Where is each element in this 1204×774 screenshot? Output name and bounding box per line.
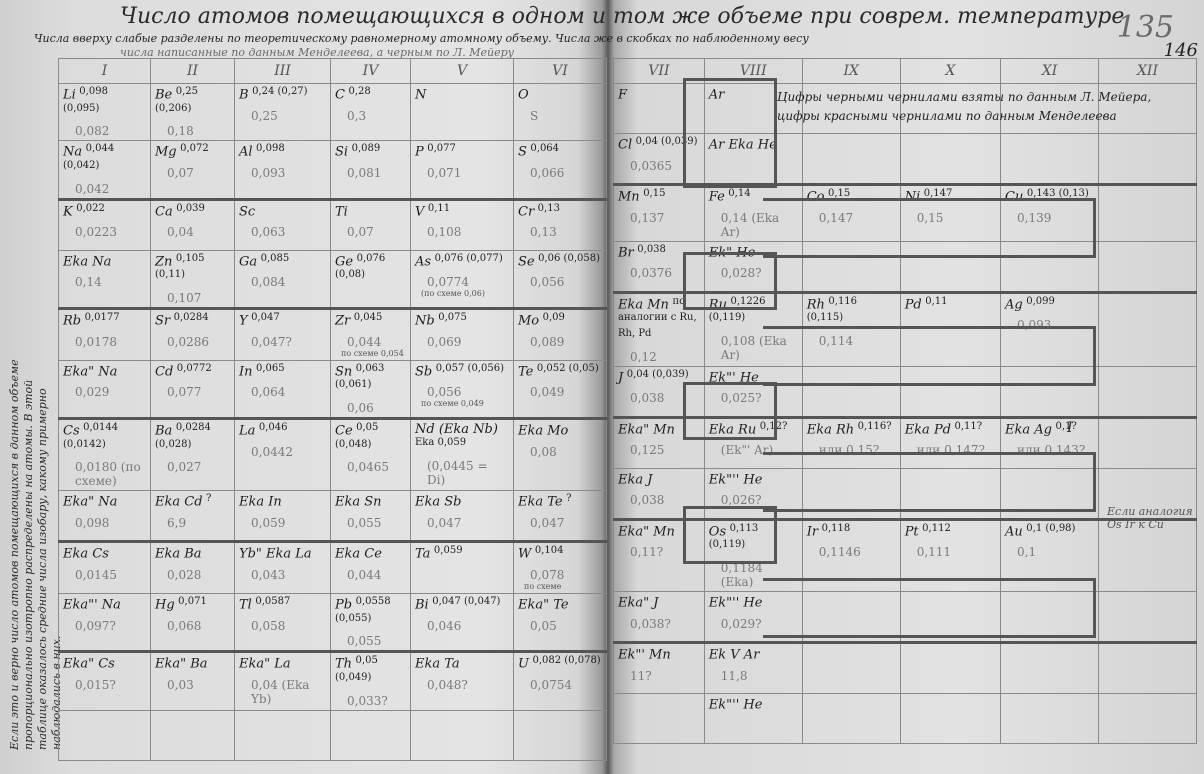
atom-count-alt-value: 0,15 xyxy=(905,211,996,225)
atom-count-alt-value: 0,042 xyxy=(63,182,146,196)
atom-count-alt-value: 0,047? xyxy=(239,335,326,349)
atom-count-value: 0,071 xyxy=(178,596,207,607)
atom-count-alt-value: 0,044 xyxy=(335,568,406,582)
element-cell: P 0,0770,071 xyxy=(411,141,514,199)
atom-count-alt-value: (Ek"' Ar) xyxy=(709,443,798,457)
element-cell: O S xyxy=(514,84,607,141)
element-cell xyxy=(614,693,705,743)
element-symbol: Eka"' Na xyxy=(63,598,121,613)
element-symbol: Be xyxy=(155,88,172,103)
element-symbol: Ca xyxy=(155,204,173,219)
element-symbol: Eka" Na xyxy=(63,364,117,379)
element-cell xyxy=(1098,366,1196,417)
element-cell: B 0,24 (0,27)0,25 xyxy=(235,84,331,141)
element-cell: Mn 0,150,137 xyxy=(614,185,705,242)
element-cell xyxy=(235,710,331,760)
atom-count-alt-value: или 0,147? xyxy=(905,443,996,457)
element-cell: Eka Sb 0,047 xyxy=(411,491,514,542)
element-symbol: Eka Mn xyxy=(618,297,669,312)
element-symbol: Eka Sb xyxy=(415,495,461,510)
element-cell: Zr 0,0450,044по схеме 0,054 xyxy=(331,308,411,360)
group-header: V xyxy=(411,59,514,84)
atom-count-value: 0,022 xyxy=(76,203,105,214)
element-cell xyxy=(802,693,900,743)
atom-count-alt-value: 0,047 xyxy=(415,516,509,530)
atom-count-value: 0,118 xyxy=(822,523,851,534)
table-row: Eka" Na 0,098Eka Cd ?6,9Eka In 0,059Eka … xyxy=(59,491,607,542)
group-header: IV xyxy=(331,59,411,84)
cell-note: по схеме 0,049 xyxy=(415,399,509,408)
atom-count-value: 0,143 (0,13) xyxy=(1027,188,1089,199)
element-symbol: Y xyxy=(239,314,248,329)
element-symbol: Cl xyxy=(618,138,632,153)
element-symbol: Cu xyxy=(1005,190,1023,205)
table-row: Eka" Na 0,029Cd 0,07720,077In 0,0650,064… xyxy=(59,360,607,418)
left-table-body: Li 0,098 (0,095)0,082Be 0,25 (0,206)0,18… xyxy=(59,84,607,761)
element-cell: N xyxy=(411,84,514,141)
atom-count-value: 0,112 xyxy=(922,523,951,534)
element-symbol: Ce xyxy=(335,424,353,439)
element-symbol: F xyxy=(618,88,627,103)
element-cell xyxy=(514,710,607,760)
element-symbol: Br xyxy=(618,245,634,260)
element-cell: Eka" Na 0,029 xyxy=(59,360,151,418)
element-cell: Pt 0,1120,111 xyxy=(900,519,1000,591)
atom-count-alt-value: 0,0145 xyxy=(63,568,146,582)
element-cell: W 0,1040,078по схеме xyxy=(514,542,607,594)
left-element-table: I II III IV V VI Li 0,098 (0,095)0,082Be… xyxy=(58,58,607,761)
element-cell: La 0,0460,0442 xyxy=(235,418,331,490)
element-cell: Nb 0,0750,069 xyxy=(411,308,514,360)
element-symbol: Sb xyxy=(415,364,432,379)
element-cell xyxy=(1001,366,1099,417)
atom-count-alt-value: 0,114 xyxy=(807,334,896,348)
table-row: J 0,04 (0,039)0,038Ek"' He 0,025? xyxy=(614,366,1197,417)
atom-count-alt-value: 0,125 xyxy=(618,443,700,457)
atom-count-value: 0,12? xyxy=(760,421,788,432)
element-symbol: C xyxy=(335,88,345,103)
atom-count-value: 0,059 xyxy=(434,545,463,556)
atom-count-alt-value: 0,047 xyxy=(518,516,602,530)
element-symbol: B xyxy=(239,88,249,103)
atom-count-alt-value: 0,025? xyxy=(709,391,798,405)
atom-count-alt-value: 0,049 xyxy=(518,385,602,399)
element-cell: Eka" La 0,04 (Eka Yb) xyxy=(235,652,331,710)
element-cell: Ag 0,0990,093 xyxy=(1001,292,1099,366)
element-cell: Ba 0,0284 (0,028)0,027 xyxy=(151,418,235,490)
element-symbol: Sr xyxy=(155,314,170,329)
atom-count-value: 0,15 xyxy=(643,188,665,199)
atom-count-alt-value: 6,9 xyxy=(155,516,230,530)
element-symbol: Zr xyxy=(335,314,350,329)
element-symbol: In xyxy=(239,364,253,379)
atom-count-alt-value: 0,137 xyxy=(618,211,700,225)
element-cell: Eka Ba 0,028 xyxy=(151,542,235,594)
element-cell xyxy=(900,468,1000,519)
atom-count-alt-value: 0,0178 xyxy=(63,335,146,349)
element-symbol: Ir xyxy=(807,524,818,539)
element-cell: Ek V Ar 11,8 xyxy=(704,642,802,693)
element-symbol: Pt xyxy=(905,524,919,539)
element-cell: Sb 0,057 (0,056)0,056по схеме 0,049 xyxy=(411,360,514,418)
cell-note: по схеме xyxy=(518,582,602,591)
atom-count-alt-value: 0,14 (Eka Ar) xyxy=(709,211,798,239)
group-header: XI xyxy=(1001,59,1099,84)
element-cell xyxy=(1001,693,1099,743)
element-symbol: Mo xyxy=(518,314,539,329)
atom-count-alt-value: 0,13 xyxy=(518,225,602,239)
right-table-body: F Ar Cl 0,04 (0,039)0,0365Ar Eka He Mn 0… xyxy=(614,84,1197,744)
atom-count-alt-value: 0,082 xyxy=(63,124,146,138)
element-cell: K 0,0220,0223 xyxy=(59,199,151,250)
element-symbol: Pd xyxy=(905,297,922,312)
element-symbol: Te xyxy=(518,364,533,379)
element-symbol: Ag xyxy=(1005,297,1023,312)
table-row: Li 0,098 (0,095)0,082Be 0,25 (0,206)0,18… xyxy=(59,84,607,141)
atom-count-value: 0,098 xyxy=(256,143,285,154)
element-cell: Eka" Ba 0,03 xyxy=(151,652,235,710)
group-header: VII xyxy=(614,59,705,84)
element-cell: Eka Pd 0,11?или 0,147? xyxy=(900,417,1000,468)
atom-count-value: 0,064 xyxy=(530,143,559,154)
element-cell: Co 0,150,147 xyxy=(802,185,900,242)
element-cell: Zn 0,105 (0,11)0,107 xyxy=(151,250,235,308)
element-cell xyxy=(900,693,1000,743)
element-cell: Eka" Cs 0,015? xyxy=(59,652,151,710)
element-cell: Ek" He 0,028? xyxy=(704,241,802,292)
element-symbol: Na xyxy=(63,145,82,160)
atom-count-value: 0,085 xyxy=(261,253,290,264)
stray-mark: I xyxy=(1067,420,1073,436)
atom-count-alt-value: 0,043 xyxy=(239,568,326,582)
atom-count-alt-value: 0,093 xyxy=(239,166,326,180)
atom-count-alt-value: 0,063 xyxy=(239,225,326,239)
element-cell: Se 0,06 (0,058)0,056 xyxy=(514,250,607,308)
atom-count-value: ? xyxy=(566,493,571,504)
atom-count-value: 0,04 (0,039) xyxy=(636,136,698,147)
element-symbol: Eka Ag xyxy=(1005,422,1052,437)
table-row: Eka Na 0,14Zn 0,105 (0,11)0,107Ga 0,0850… xyxy=(59,250,607,308)
element-cell: Pb 0,0558 (0,055)0,055 xyxy=(331,593,411,651)
element-symbol: Eka" Mn xyxy=(618,524,675,539)
element-cell: Ca 0,0390,04 xyxy=(151,199,235,250)
atom-count-value: 0,24 (0,27) xyxy=(252,86,308,97)
element-cell: Ir 0,1180,1146 xyxy=(802,519,900,591)
element-cell: Y 0,0470,047? xyxy=(235,308,331,360)
right-page: 135 146 VII VIII IX X XI XII F Ar Cl 0,0… xyxy=(607,0,1204,774)
element-symbol: Ar xyxy=(709,88,725,103)
atom-count-alt-value: 0,038 xyxy=(618,493,700,507)
element-cell xyxy=(1098,185,1196,242)
atom-count-alt-value: 0,0376 xyxy=(618,266,700,280)
group-header: III xyxy=(235,59,331,84)
element-symbol: Yb" Eka La xyxy=(239,547,312,562)
atom-count-alt-value: 0,108 (Eka Ar) xyxy=(709,334,798,362)
element-symbol: Hg xyxy=(155,598,175,613)
group-header: X xyxy=(900,59,1000,84)
element-cell: Th 0,05 (0,049)0,033? xyxy=(331,652,411,710)
element-cell: Eka Na 0,14 xyxy=(59,250,151,308)
atom-count-alt-value: 0,059 xyxy=(239,516,326,530)
notebook-spread: Число атомов помещающихся в одном и том … xyxy=(0,0,1204,774)
element-symbol: Eka Te xyxy=(518,495,563,510)
element-symbol: Rh xyxy=(807,297,825,312)
element-cell: Nd (Eka Nb) Eka 0,059(0,0445 = Di) xyxy=(411,418,514,490)
atom-count-value: ? xyxy=(206,493,211,504)
element-symbol: La xyxy=(239,424,255,439)
element-cell: Si 0,0890,081 xyxy=(331,141,411,199)
element-cell xyxy=(1098,417,1196,468)
element-symbol: Eka Ta xyxy=(415,657,460,672)
atom-count-alt-value: 0,107 xyxy=(155,291,230,305)
element-cell xyxy=(1098,241,1196,292)
element-cell xyxy=(802,366,900,417)
element-cell xyxy=(1001,591,1099,642)
group-header: I xyxy=(59,59,151,84)
element-cell xyxy=(900,642,1000,693)
element-symbol: Eka" Ba xyxy=(155,657,208,672)
element-symbol: Ek"' He xyxy=(709,370,759,385)
atom-count-value: 0,065 xyxy=(256,363,285,374)
atom-count-alt-value: 0,058 xyxy=(239,619,326,633)
element-cell: Ru 0,1226 (0,119)0,108 (Eka Ar) xyxy=(704,292,802,366)
element-cell xyxy=(1001,642,1099,693)
element-symbol: Ga xyxy=(239,254,257,269)
atom-count-value: 0,04 (0,039) xyxy=(627,369,689,380)
atom-count-alt-value: 0,0223 xyxy=(63,225,146,239)
atom-count-alt-value: 0,077 xyxy=(155,385,230,399)
atom-count-value: 0,047 xyxy=(251,312,280,323)
element-cell: Na 0,044 (0,042)0,042 xyxy=(59,141,151,199)
element-cell: Ge 0,076 (0,08) xyxy=(331,250,411,308)
element-cell: Ek"'' He 0,026? xyxy=(704,468,802,519)
element-symbol: Eka" Mn xyxy=(618,422,675,437)
element-symbol: Ek"' Mn xyxy=(618,648,671,663)
element-symbol: Ge xyxy=(335,254,353,269)
element-cell: Mo 0,090,089 xyxy=(514,308,607,360)
atom-count-alt-value: 0,0365 xyxy=(618,159,700,173)
atom-count-alt-value: 0,048? xyxy=(415,678,509,692)
element-symbol: Nd (Eka Nb) xyxy=(415,422,498,437)
element-cell: Eka"' Na 0,097? xyxy=(59,593,151,651)
margin-note-line: таблице оказалось средние числа изобару,… xyxy=(36,388,49,750)
atom-count-alt-value: 0,1146 xyxy=(807,545,896,559)
atom-count-value: 0,14 xyxy=(728,188,750,199)
element-symbol: Pb xyxy=(335,598,352,613)
atom-count-alt-value: 0,0442 xyxy=(239,445,326,459)
element-symbol: Mg xyxy=(155,145,177,160)
legend-note: Цифры черными чернилами взяты по данным … xyxy=(777,88,1177,126)
table-row: Cs 0,0144 (0,0142)0,0180 (по схеме)Ba 0,… xyxy=(59,418,607,490)
element-cell xyxy=(1001,468,1099,519)
element-cell: Ce 0,05 (0,048)0,0465 xyxy=(331,418,411,490)
atom-count-alt-value: 0,07 xyxy=(155,166,230,180)
atom-count-value: 0,082 (0,078) xyxy=(532,655,600,666)
atom-count-value: 0,0284 xyxy=(174,312,209,323)
table-row: K 0,0220,0223Ca 0,0390,04Sc 0,063Ti 0,07… xyxy=(59,199,607,250)
atom-count-alt-value: 0,0465 xyxy=(335,460,406,474)
element-symbol: Fe xyxy=(709,190,725,205)
atom-count-value: 0,15 xyxy=(828,188,850,199)
element-cell: Ti 0,07 xyxy=(331,199,411,250)
element-symbol: Eka Na xyxy=(63,254,111,269)
atom-count-alt-value: 0,046 xyxy=(415,619,509,633)
atom-count-value: Eka 0,059 xyxy=(415,437,466,448)
element-symbol: Ti xyxy=(335,204,348,219)
atom-count-value: 0,0587 xyxy=(255,596,290,607)
element-cell xyxy=(1001,241,1099,292)
atom-count-alt-value: 0,033? xyxy=(335,694,406,708)
atom-count-alt-value: 0,026? xyxy=(709,493,798,507)
atom-count-alt-value: 11? xyxy=(618,669,700,683)
element-symbol: Eka Ba xyxy=(155,547,202,562)
element-cell xyxy=(411,710,514,760)
atom-count-alt-value: 0,11? xyxy=(618,545,700,559)
element-symbol: Cd xyxy=(155,364,173,379)
element-cell xyxy=(802,591,900,642)
atom-count-value: 0,057 (0,056) xyxy=(436,363,504,374)
table-row: Mn 0,150,137Fe 0,140,14 (Eka Ar)Co 0,150… xyxy=(614,185,1197,242)
atom-count-alt-value: 0,04 xyxy=(155,225,230,239)
atom-count-alt-value: 0,1 xyxy=(1005,545,1094,559)
element-cell: Sn 0,063 (0,061)0,06 xyxy=(331,360,411,418)
element-symbol: N xyxy=(415,88,426,103)
atom-count-alt-value: 0,1184 (Eka) xyxy=(709,561,798,589)
element-symbol: Os xyxy=(709,524,726,539)
element-symbol: Eka Cd xyxy=(155,495,203,510)
element-cell xyxy=(1001,134,1099,185)
element-cell: Eka Mn по аналогии с Ru, Rh, Pd0,12 xyxy=(614,292,705,366)
atom-count-value: 0,11 xyxy=(925,296,947,307)
element-symbol: Eka Mo xyxy=(518,424,568,439)
atom-count-alt-value: 0,055 xyxy=(335,516,406,530)
element-symbol: Eka Sn xyxy=(335,495,382,510)
table-row: Eka Mn по аналогии с Ru, Rh, Pd0,12Ru 0,… xyxy=(614,292,1197,366)
element-symbol: J xyxy=(618,370,623,385)
atom-count-alt-value: 0,147 xyxy=(807,211,896,225)
element-symbol: Ru xyxy=(709,297,727,312)
atom-count-alt-value: 0,108 xyxy=(415,225,509,239)
table-row: Eka" Mn 0,125Eka Ru 0,12?(Ek"' Ar)Eka Rh… xyxy=(614,417,1197,468)
element-cell xyxy=(802,468,900,519)
element-cell: Sr 0,02840,0286 xyxy=(151,308,235,360)
element-symbol: Eka Rh xyxy=(807,422,854,437)
atom-count-alt-value: S xyxy=(518,109,602,123)
atom-count-value: 0,046 xyxy=(259,422,288,433)
atom-count-alt-value: 0,081 xyxy=(335,166,406,180)
element-cell: Ek"' He 0,025? xyxy=(704,366,802,417)
atom-count-alt-value: 0,089 xyxy=(518,335,602,349)
atom-count-alt-value: 0,028 xyxy=(155,568,230,582)
element-symbol: Ba xyxy=(155,424,172,439)
atom-count-alt-value: 0,08 xyxy=(518,445,602,459)
element-cell xyxy=(1098,693,1196,743)
element-cell: Cr 0,130,13 xyxy=(514,199,607,250)
atom-count-alt-value: 11,8 xyxy=(709,669,798,683)
atom-count-alt-value: или 0,143? xyxy=(1005,443,1094,457)
element-symbol: O xyxy=(518,88,529,103)
atom-count-alt-value: 0,18 xyxy=(155,124,230,138)
atom-count-value: 0,099 xyxy=(1026,296,1055,307)
atom-count-alt-value: 0,029 xyxy=(63,385,146,399)
element-cell: C 0,280,3 xyxy=(331,84,411,141)
element-cell xyxy=(900,366,1000,417)
element-cell xyxy=(1098,134,1196,185)
group-header: XII xyxy=(1098,59,1196,84)
atom-count-alt-value: 0,084 xyxy=(239,275,326,289)
element-cell: Eka" Te 0,05 xyxy=(514,593,607,651)
element-symbol: Ek"'' He xyxy=(709,698,763,713)
element-cell: Ar Eka He xyxy=(704,134,802,185)
element-cell: S 0,0640,066 xyxy=(514,141,607,199)
element-cell: Eka" J 0,038? xyxy=(614,591,705,642)
element-symbol: Ek"'' He xyxy=(709,472,763,487)
element-symbol: V xyxy=(415,204,424,219)
element-cell: Os 0,113 (0,119)0,1184 (Eka) xyxy=(704,519,802,591)
atom-count-value: 0,052 (0,05) xyxy=(537,363,599,374)
element-symbol: Zn xyxy=(155,254,172,269)
element-cell xyxy=(900,591,1000,642)
table-row: Cl 0,04 (0,039)0,0365Ar Eka He xyxy=(614,134,1197,185)
atom-count-alt-value: 0,14 xyxy=(63,275,146,289)
element-symbol: P xyxy=(415,145,424,160)
element-cell: Eka" Mn 0,11? xyxy=(614,519,705,591)
atom-count-value: 0,0772 xyxy=(177,363,212,374)
element-symbol: Ek" He xyxy=(709,245,756,260)
element-cell: V 0,110,108 xyxy=(411,199,514,250)
element-cell: Tl 0,05870,058 xyxy=(235,593,331,651)
element-symbol: U xyxy=(518,657,529,672)
element-cell xyxy=(802,134,900,185)
element-symbol: Eka" Na xyxy=(63,495,117,510)
element-cell: Ek"' Mn 11? xyxy=(614,642,705,693)
atom-count-value: 0,039 xyxy=(176,203,205,214)
element-cell: Eka Ru 0,12?(Ek"' Ar) xyxy=(704,417,802,468)
element-cell: Cd 0,07720,077 xyxy=(151,360,235,418)
atom-count-alt-value: 0,069 xyxy=(415,335,509,349)
element-symbol: Eka Ru xyxy=(709,422,756,437)
element-cell: Bi 0,047 (0,047)0,046 xyxy=(411,593,514,651)
atom-count-alt-value: 0,097? xyxy=(63,619,146,633)
element-cell: Eka Rh 0,116?или 0,15? xyxy=(802,417,900,468)
element-cell: Eka Ta 0,048? xyxy=(411,652,514,710)
atom-count-value: 0,072 xyxy=(180,143,209,154)
element-cell: Eka Sn 0,055 xyxy=(331,491,411,542)
atom-count-alt-value: 0,027 xyxy=(155,460,230,474)
atom-count-alt-value: 0,055 xyxy=(335,634,406,648)
table-row: Ek"'' He xyxy=(614,693,1197,743)
atom-count-alt-value: 0,12 xyxy=(618,350,700,364)
element-cell xyxy=(59,710,151,760)
atom-count-alt-value: 0,098 xyxy=(63,516,146,530)
element-symbol: Li xyxy=(63,88,76,103)
table-row: Na 0,044 (0,042)0,042Mg 0,0720,07Al 0,09… xyxy=(59,141,607,199)
atom-count-alt-value: 0,04 (Eka Yb) xyxy=(239,678,326,706)
atom-count-alt-value: 0,028? xyxy=(709,266,798,280)
element-symbol: Ek V Ar xyxy=(709,648,760,663)
atom-count-value: 0,047 (0,047) xyxy=(432,596,500,607)
element-cell: Mg 0,0720,07 xyxy=(151,141,235,199)
element-symbol: Sn xyxy=(335,364,352,379)
element-symbol: Eka Cs xyxy=(63,547,109,562)
element-cell: Eka" Mn 0,125 xyxy=(614,417,705,468)
atom-count-alt-value: 0,111 xyxy=(905,545,996,559)
element-cell: Sc 0,063 xyxy=(235,199,331,250)
element-symbol: Nb xyxy=(415,314,435,329)
atom-count-alt-value: 0,056 xyxy=(518,275,602,289)
element-cell: Eka Ce 0,044 xyxy=(331,542,411,594)
cell-note: по схеме 0,054 xyxy=(335,349,406,358)
